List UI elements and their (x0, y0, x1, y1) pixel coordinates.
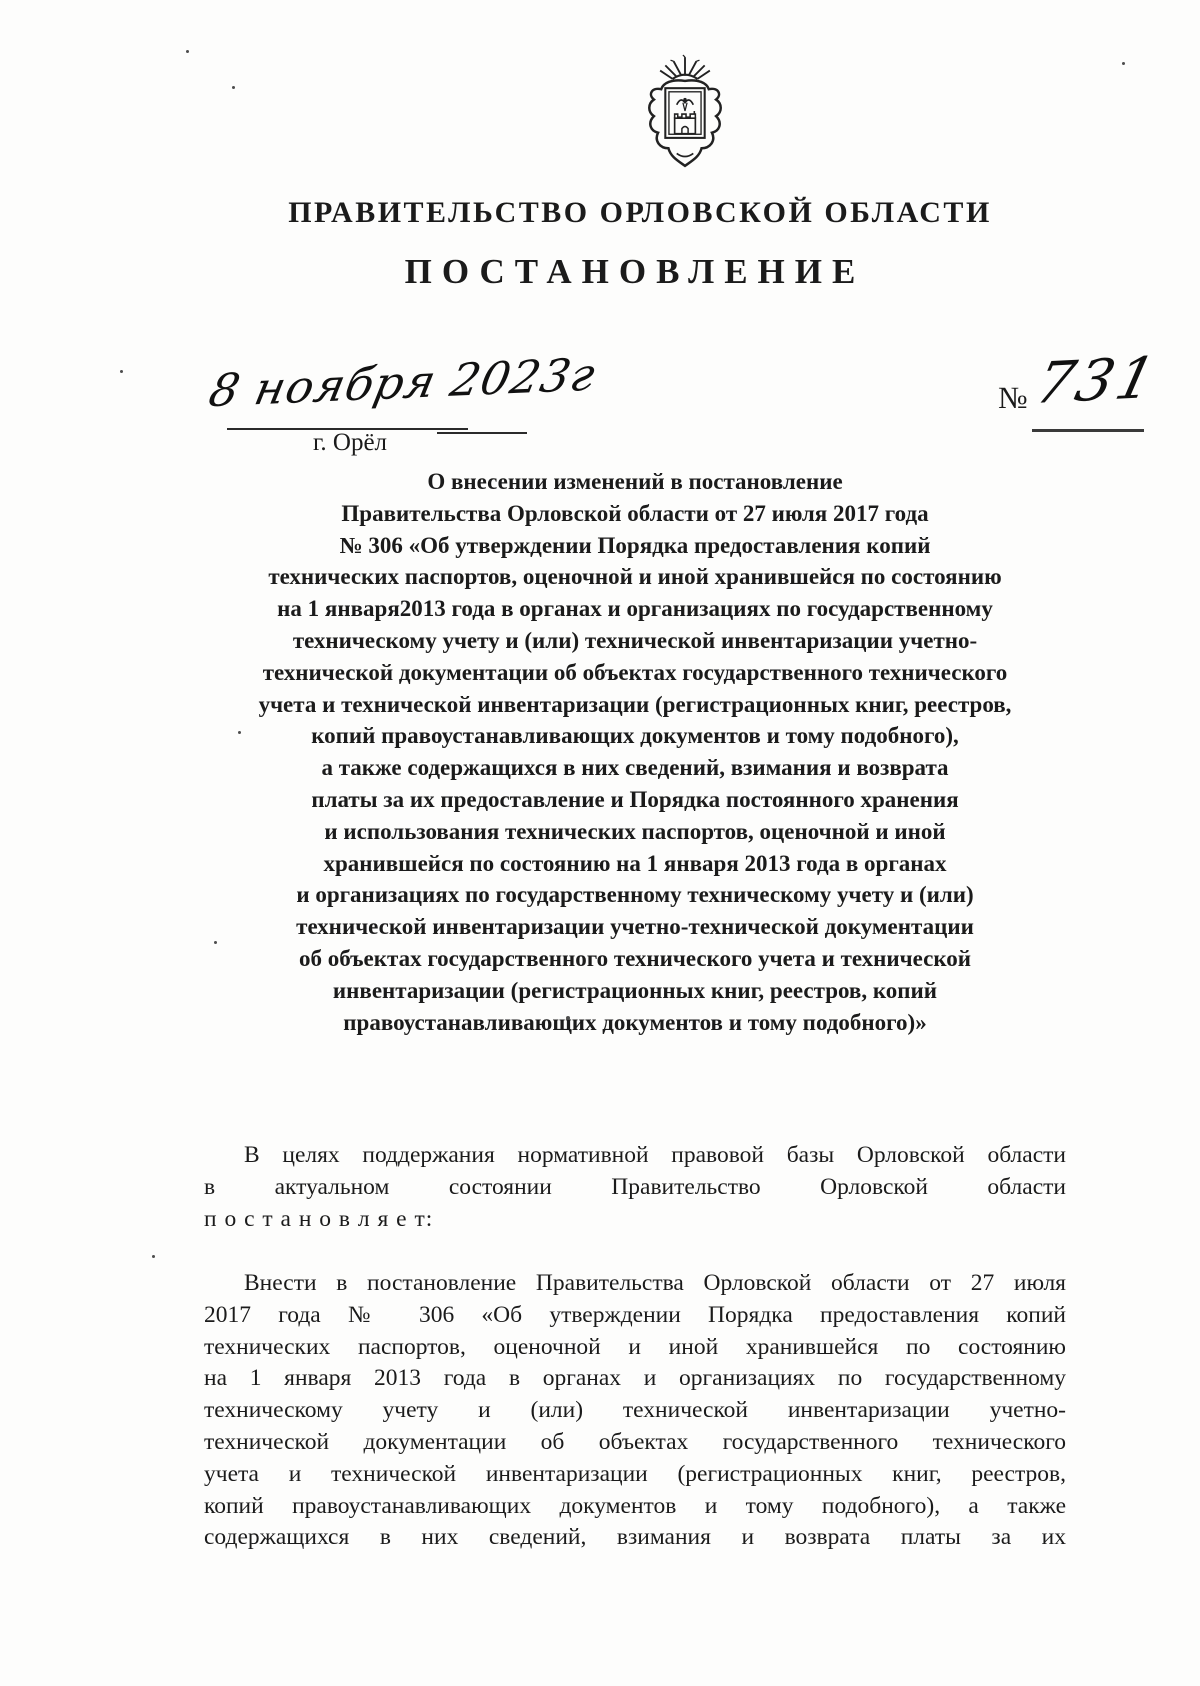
title-line: на 1 января2013 года в органах и организ… (205, 593, 1065, 625)
noise-speck (232, 86, 235, 89)
noise-speck (152, 1255, 155, 1258)
title-line: и организациях по государственному техни… (205, 879, 1065, 911)
doc-type-heading: ПОСТАНОВЛЕНИЕ (70, 252, 1200, 292)
body-line: копий правоустанавливающих документов и … (204, 1491, 1066, 1523)
org-name-heading: ПРАВИТЕЛЬСТВО ОРЛОВСКОЙ ОБЛАСТИ (80, 196, 1200, 230)
title-line: № 306 «Об утверждении Порядка предоставл… (205, 530, 1065, 562)
body-line: 2017 года № 306 «Об утверждении Порядка … (204, 1300, 1066, 1332)
title-line: платы за их предоставление и Порядка пос… (205, 784, 1065, 816)
body-line: учета и технической инвентаризации (реги… (204, 1459, 1066, 1491)
title-line: копий правоустанавливающих документов и … (205, 720, 1065, 752)
document-page: ПРАВИТЕЛЬСТВО ОРЛОВСКОЙ ОБЛАСТИ ПОСТАНОВ… (0, 0, 1200, 1686)
title-line: инвентаризации (регистрационных книг, ре… (205, 975, 1065, 1007)
title-line: техническому учету и (или) технической и… (205, 625, 1065, 657)
resolves-line: п о с т а н о в л я е т: (204, 1204, 1066, 1236)
handwritten-date: 8 ноября 2023г (205, 348, 601, 418)
noise-speck (186, 50, 189, 53)
operative-paragraph: Внести в постановление Правительства Орл… (204, 1268, 1066, 1554)
title-line: технической инвентаризации учетно-технич… (205, 911, 1065, 943)
title-line: Правительства Орловской области от 27 ию… (205, 498, 1065, 530)
title-line: хранившейся по состоянию на 1 января 201… (205, 848, 1065, 880)
handwritten-number: 731 (1029, 345, 1164, 417)
document-title-block: О внесении изменений в постановлениеПрав… (205, 466, 1065, 1038)
oryol-coat-of-arms-icon (638, 54, 732, 170)
title-line: и использования технических паспортов, о… (205, 816, 1065, 848)
title-line: учета и технической инвентаризации (реги… (205, 689, 1065, 721)
date-underline-short (437, 432, 527, 434)
noise-speck (120, 370, 123, 373)
preamble-line: в актуальном состоянии Правительство Орл… (204, 1172, 1066, 1204)
preamble-paragraph: В целях поддержания нормативной правовой… (204, 1140, 1066, 1235)
number-sign: № (998, 380, 1028, 416)
title-line: технических паспортов, оценочной и иной … (205, 561, 1065, 593)
noise-speck (238, 731, 241, 734)
body-line: Внести в постановление Правительства Орл… (204, 1268, 1066, 1300)
body-line: техническому учету и (или) технической и… (204, 1395, 1066, 1427)
noise-speck (566, 1016, 570, 1020)
city-label: г. Орёл (280, 429, 420, 457)
number-underline (1032, 429, 1144, 432)
noise-speck (1122, 62, 1125, 65)
title-line: технической документации об объектах гос… (205, 657, 1065, 689)
title-line: О внесении изменений в постановление (205, 466, 1065, 498)
title-line: а также содержащихся в них сведений, взи… (205, 752, 1065, 784)
body-line: технических паспортов, оценочной и иной … (204, 1332, 1066, 1364)
body-line: содержащихся в них сведений, взимания и … (204, 1522, 1066, 1554)
body-line: технической документации об объектах гос… (204, 1427, 1066, 1459)
body-line: на 1 января 2013 года в органах и органи… (204, 1363, 1066, 1395)
title-line: об объектах государственного техническог… (205, 943, 1065, 975)
noise-speck (214, 941, 217, 944)
preamble-line: В целях поддержания нормативной правовой… (204, 1140, 1066, 1172)
title-line: правоустанавливающих документов и тому п… (205, 1007, 1065, 1039)
